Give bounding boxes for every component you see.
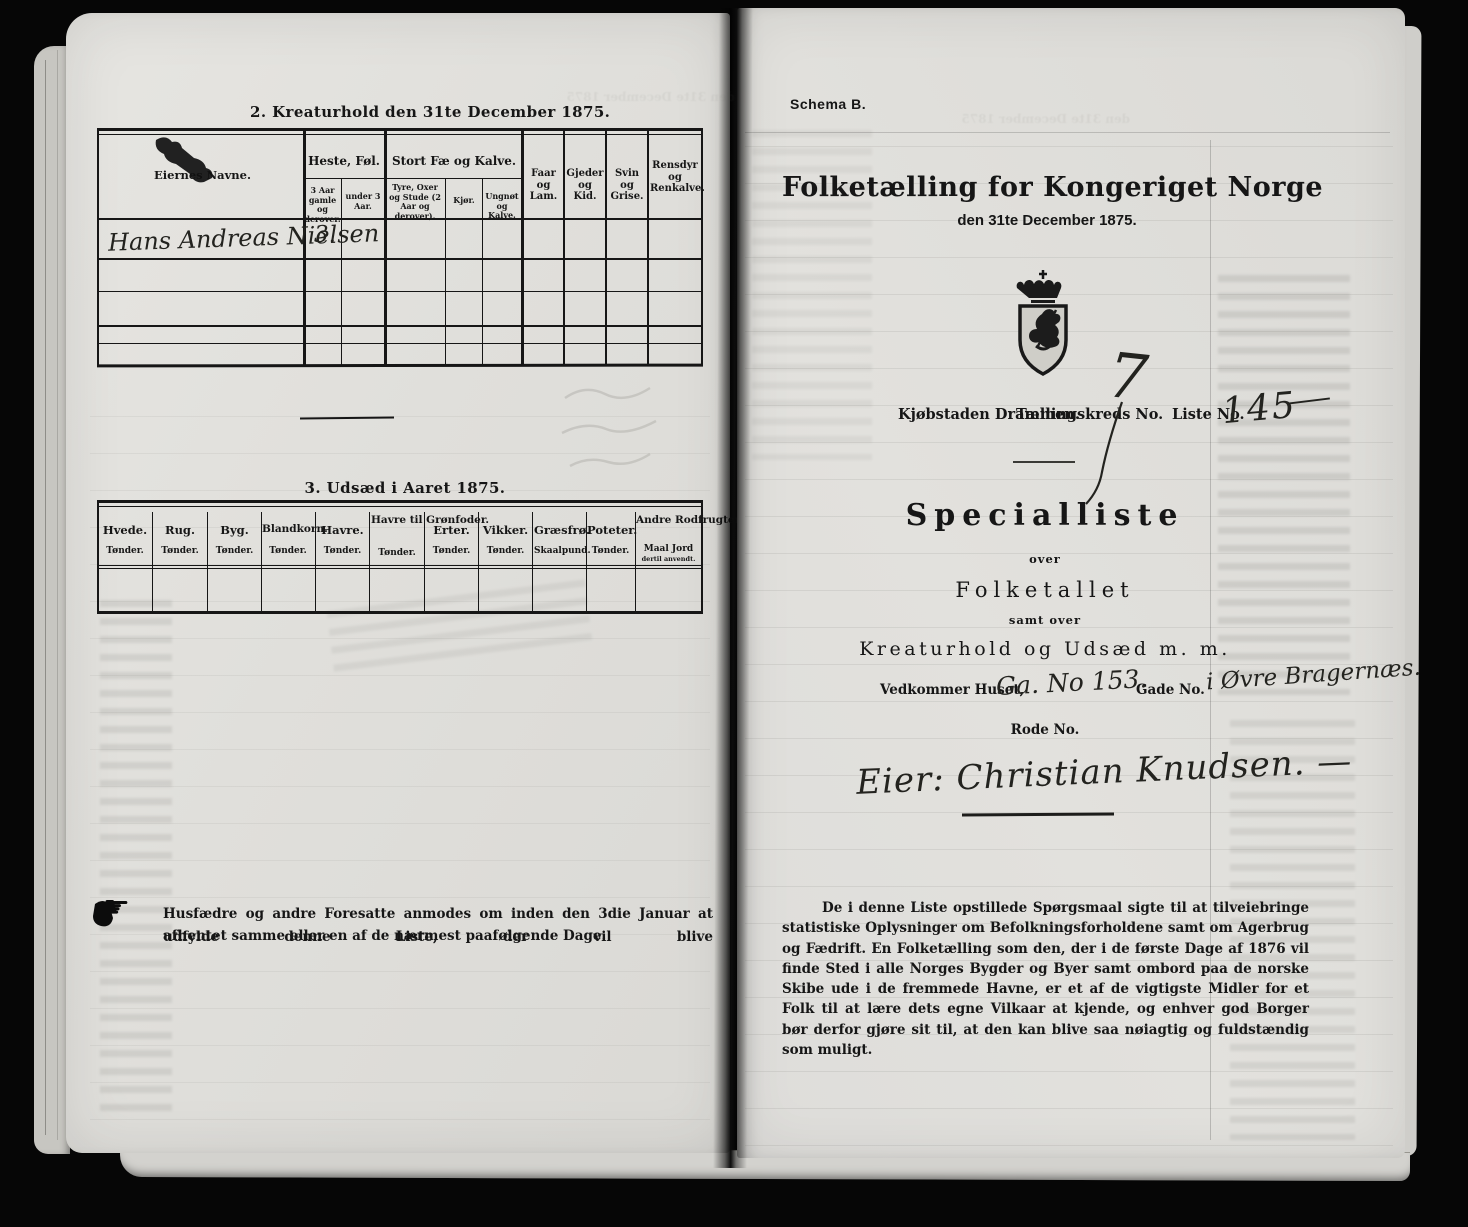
udsaed-col-unit: Tønder. bbox=[262, 546, 314, 557]
over-label: over bbox=[820, 552, 1270, 566]
ink-blot bbox=[148, 134, 238, 190]
column-header-gjeder: Gjeder og Kid. bbox=[565, 168, 605, 203]
bleed-through-text-column bbox=[1218, 275, 1350, 695]
table-rule bbox=[152, 512, 153, 613]
udsaed-col-name: Byg. bbox=[209, 523, 260, 537]
table-rule bbox=[97, 343, 703, 344]
handwritten-list-number: 145 bbox=[1220, 385, 1298, 432]
table-rule bbox=[97, 568, 703, 569]
column-group-stort-fae: Stort Fæ og Kalve. bbox=[387, 155, 521, 169]
table-rule bbox=[647, 131, 649, 365]
schema-label: Schema B. bbox=[790, 96, 866, 112]
samt-over-label: samt over bbox=[820, 613, 1270, 627]
udsaed-col-name: Andre Rodfrugter. bbox=[636, 514, 701, 526]
udsaed-col-name: Poteter. bbox=[587, 523, 634, 537]
page-edge-crease bbox=[45, 60, 46, 1135]
table-rule bbox=[97, 611, 703, 614]
udsaed-col-unit: Tønder. bbox=[317, 546, 368, 557]
udsaed-col-name: Erter. bbox=[426, 523, 477, 537]
udsaed-col-unit: Tønder. bbox=[480, 546, 531, 557]
info-paragraph: De i denne Liste opstillede Spørgsmaal s… bbox=[782, 898, 1309, 1060]
census-title: Folketælling for Kongeriget Norge bbox=[782, 172, 1312, 203]
rode-label: Rode No. bbox=[950, 722, 1140, 738]
udsaed-col-unit-2: dertil anvendt. bbox=[636, 555, 701, 563]
kreaturhold-udsaed-line: Kreaturhold og Udsæd m. m. bbox=[820, 638, 1270, 660]
column-header-svin: Svin og Grise. bbox=[607, 168, 647, 203]
udsaed-col-unit: Maal Jord bbox=[636, 544, 701, 555]
udsaed-col-unit: Tønder. bbox=[154, 546, 206, 557]
scanned-census-book-spread: den 31te December 1875 2. Kreaturhold de… bbox=[0, 0, 1468, 1227]
table-rule bbox=[97, 325, 703, 327]
udsaed-col-name: Græsfrø. bbox=[534, 523, 585, 537]
handwritten-district-number-tail bbox=[1078, 400, 1128, 510]
column-group-heste: Heste, Føl. bbox=[304, 155, 384, 169]
table-rule bbox=[97, 500, 703, 503]
separator-rule bbox=[1013, 461, 1075, 463]
table-rule bbox=[97, 131, 99, 365]
table-rule bbox=[701, 131, 703, 365]
udsaed-col-unit: Tønder. bbox=[99, 546, 151, 557]
table-rule bbox=[369, 512, 370, 613]
udsaed-col-unit: Tønder. bbox=[426, 546, 477, 557]
table-rule bbox=[97, 565, 703, 566]
footer-note-line2: afhentet samme eller en af de nærmest pa… bbox=[163, 928, 713, 944]
table-rule bbox=[97, 503, 99, 613]
udsaed-col-name: Rug. bbox=[154, 523, 206, 537]
table-rule bbox=[97, 291, 703, 292]
table-rule bbox=[521, 131, 524, 365]
table-rule bbox=[97, 506, 703, 507]
table-rule bbox=[605, 131, 607, 365]
kreaturhold-table-title: 2. Kreaturhold den 31te December 1875. bbox=[250, 103, 570, 121]
column-sub-stort-1: Tyre, Oxer og Stude (2 Aar og derover). bbox=[386, 183, 444, 221]
udsaed-col-name: Hvede. bbox=[99, 523, 151, 537]
table-rule bbox=[207, 512, 208, 613]
table-rule bbox=[563, 131, 565, 365]
bleed-through-rule bbox=[745, 132, 1390, 133]
table-rule bbox=[478, 512, 479, 613]
column-sub-stort-2: Kjør. bbox=[446, 196, 482, 206]
bleed-through-title: den 31te December 1875 bbox=[545, 90, 735, 104]
column-sub-heste-2: under 3 Aar. bbox=[342, 192, 384, 211]
norway-coat-of-arms bbox=[1012, 270, 1074, 378]
table-rule bbox=[97, 128, 703, 131]
table-rule bbox=[445, 178, 446, 365]
udsaed-col-name: Havre. bbox=[317, 523, 368, 537]
census-date-line: den 31te December 1875. bbox=[782, 212, 1312, 229]
udsaed-col-unit: Skaalpund. bbox=[534, 546, 585, 557]
special-list-title: Specialliste bbox=[820, 498, 1270, 533]
column-header-faar: Faar og Lam. bbox=[524, 168, 563, 203]
udsaed-col-unit: Tønder. bbox=[209, 546, 260, 557]
udsaed-col-unit: Tønder. bbox=[587, 546, 634, 557]
page-edge-crease bbox=[57, 50, 58, 1140]
handwritten-horse-count: 3. bbox=[314, 222, 336, 248]
bleed-through-handwriting bbox=[560, 378, 730, 478]
manicule-icon: ☛ bbox=[93, 896, 139, 932]
udsaed-col-name: Havre til Grønfoder. bbox=[371, 514, 423, 526]
left-page-stack-edge bbox=[34, 46, 70, 1154]
bleed-through-text-column bbox=[100, 600, 172, 1120]
table-rule bbox=[424, 512, 425, 613]
table-rule bbox=[303, 178, 521, 179]
table-rule bbox=[532, 512, 533, 613]
bleed-through-title: den 31te December 1875 bbox=[930, 112, 1130, 126]
book-binding-gutter bbox=[713, 8, 753, 1168]
udsaed-col-unit: Tønder. bbox=[371, 548, 423, 559]
column-header-rensdyr: Rensdyr og Renkalve. bbox=[650, 160, 700, 195]
column-sub-heste-1: 3 Aar gamle og derover. bbox=[304, 186, 341, 224]
street-label: Gade No. bbox=[1136, 682, 1205, 698]
column-sub-stort-3: Ungnøt og Kalve. bbox=[483, 192, 521, 221]
folketallet-label: Folketallet bbox=[820, 578, 1270, 602]
udsaed-col-name: Vikker. bbox=[480, 523, 531, 537]
table-rule bbox=[97, 258, 703, 260]
udsaed-table-title: 3. Udsæd i Aaret 1875. bbox=[280, 479, 530, 497]
udsaed-col-name: Blandkorn. bbox=[262, 523, 314, 535]
